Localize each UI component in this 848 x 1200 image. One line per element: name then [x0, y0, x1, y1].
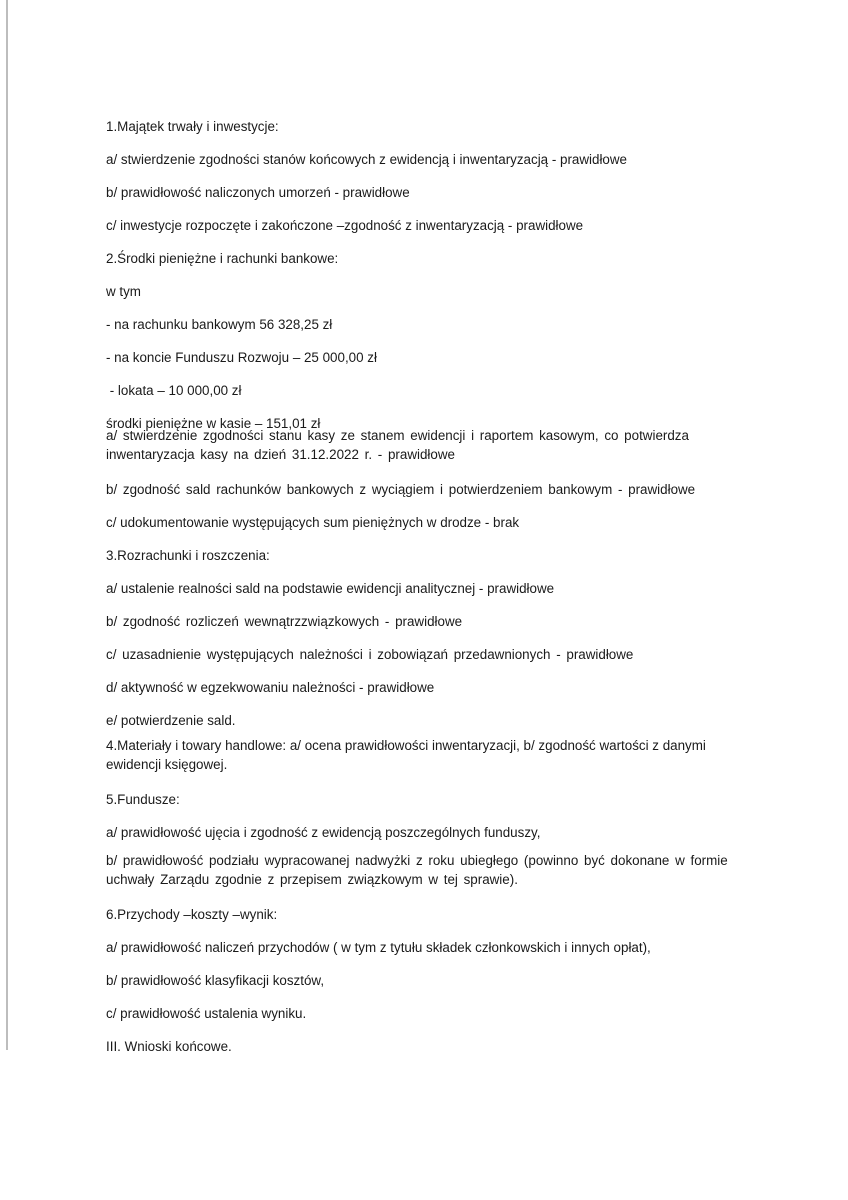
section-heading-cash: 2.Środki pieniężne i rachunki bankowe:: [106, 250, 338, 268]
list-item: a/ prawidłowość ujęcia i zgodność z ewid…: [106, 824, 540, 842]
section-heading-conclusions: III. Wnioski końcowe.: [106, 1038, 232, 1056]
list-item: b/ prawidłowość naliczonych umorzeń - pr…: [106, 184, 410, 202]
list-item: c/ udokumentowanie występujących sum pie…: [106, 514, 519, 532]
section-heading-fixed-assets: 1.Majątek trwały i inwestycje:: [106, 118, 279, 136]
text-line: w tym: [106, 283, 141, 301]
list-item: b/ prawidłowość klasyfikacji kosztów,: [106, 972, 324, 990]
list-item: c/ inwestycje rozpoczęte i zakończone –z…: [106, 217, 583, 235]
list-item: c/ prawidłowość ustalenia wyniku.: [106, 1005, 306, 1023]
list-item: c/ uzasadnienie występujących należności…: [106, 646, 633, 664]
amount-line: - na rachunku bankowym 56 328,25 zł: [106, 316, 332, 334]
section-heading-materials: 4.Materiały i towary handlowe: a/ ocena …: [106, 736, 746, 774]
list-item: d/ aktywność w egzekwowaniu należności -…: [106, 679, 434, 697]
amount-line: - lokata – 10 000,00 zł: [106, 382, 241, 400]
list-item: a/ prawidłowość naliczeń przychodów ( w …: [106, 939, 651, 957]
list-item: e/ potwierdzenie sald.: [106, 712, 236, 730]
list-item: a/ ustalenie realności sald na podstawie…: [106, 580, 554, 598]
section-heading-settlements: 3.Rozrachunki i roszczenia:: [106, 547, 270, 565]
amount-line: - na koncie Funduszu Rozwoju – 25 000,00…: [106, 349, 377, 367]
list-item: a/ stwierdzenie zgodności stanów końcowy…: [106, 151, 627, 169]
list-item: b/ prawidłowość podziału wypracowanej na…: [106, 851, 746, 889]
section-heading-income-costs: 6.Przychody –koszty –wynik:: [106, 906, 277, 924]
section-heading-funds: 5.Fundusze:: [106, 791, 180, 809]
scan-edge-line: [6, 0, 8, 1050]
list-item: a/ stwierdzenie zgodności stanu kasy ze …: [106, 426, 746, 464]
list-item: b/ zgodność rozliczeń wewnątrzzwiązkowyc…: [106, 613, 462, 631]
list-item: b/ zgodność sald rachunków bankowych z w…: [106, 481, 695, 499]
